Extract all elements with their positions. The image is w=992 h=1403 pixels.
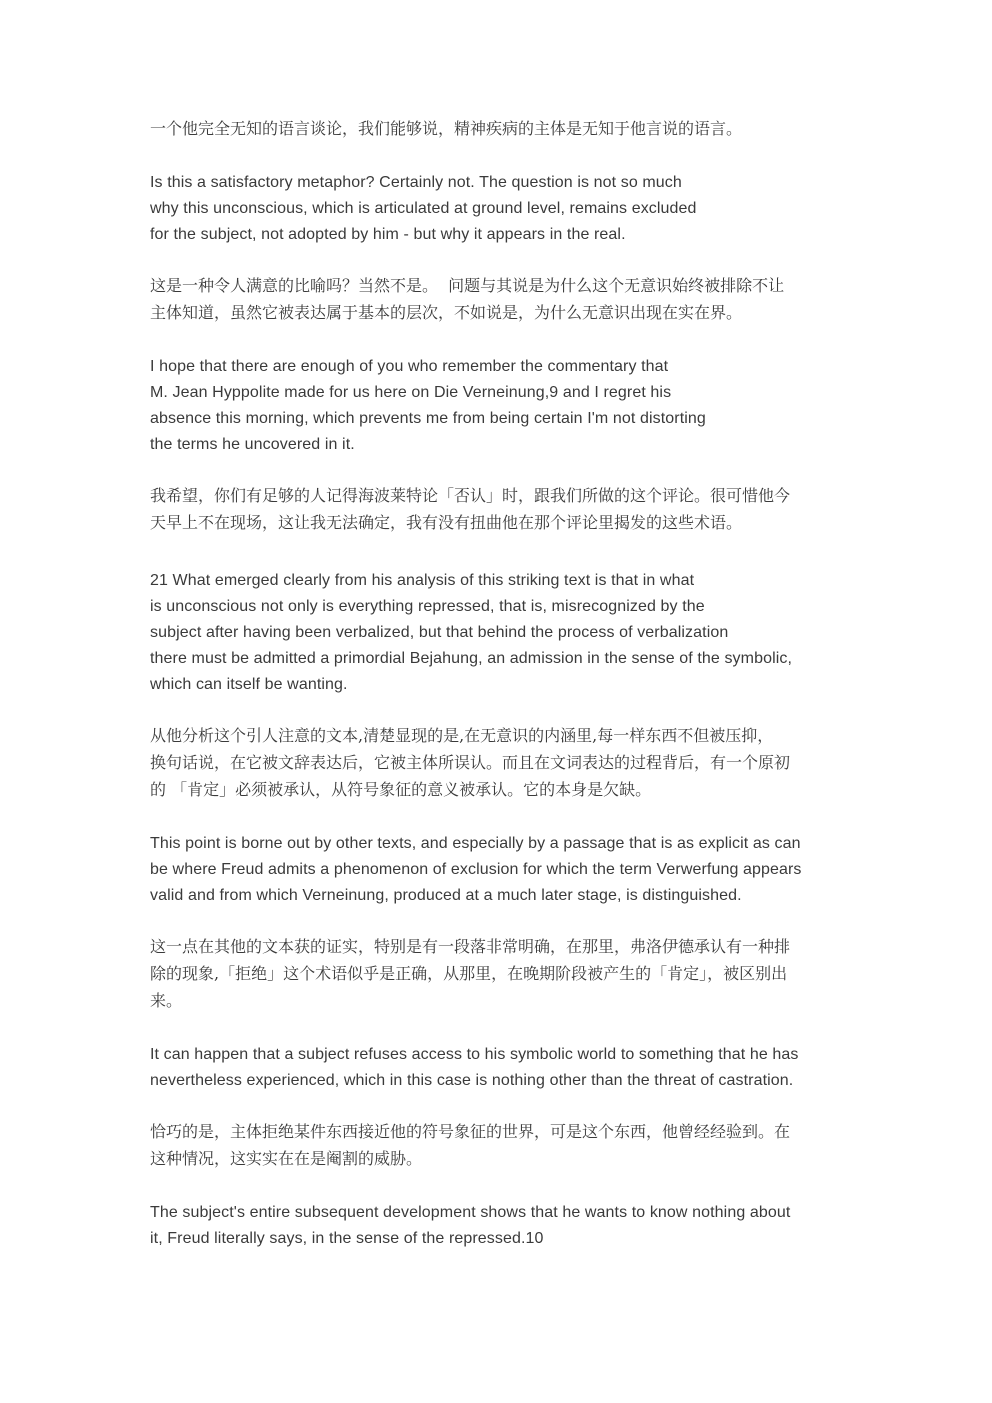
- paragraphs-container: 一个他完全无知的语言谈论，我们能够说，精神疾病的主体是无知于他言说的语言。Is …: [150, 115, 910, 1276]
- paragraph-en-4: I hope that there are enough of you who …: [150, 354, 910, 458]
- paragraph-zh-7: 从他分析这个引人注意的文本,清楚显现的是,在无意识的内涵里,每一样东西不但被压抑…: [150, 722, 910, 803]
- text-line: It can happen that a subject refuses acc…: [150, 1042, 910, 1068]
- text-line: 恰巧的是，主体拒绝某件东西接近他的符号象征的世界，可是这个东西，他曾经经验到。在: [150, 1118, 910, 1145]
- text-line: for the subject, not adopted by him - bu…: [150, 222, 910, 248]
- text-line: 天早上不在现场，这让我无法确定，我有没有扭曲他在那个评论里揭发的这些术语。: [150, 509, 910, 536]
- text-line: The subject's entire subsequent developm…: [150, 1200, 910, 1226]
- text-line: is unconscious not only is everything re…: [150, 594, 910, 620]
- text-line: nevertheless experienced, which in this …: [150, 1068, 910, 1094]
- text-line: 来。: [150, 987, 910, 1014]
- text-line: the terms he uncovered in it.: [150, 432, 910, 458]
- text-line: This point is borne out by other texts, …: [150, 831, 910, 857]
- text-line: 从他分析这个引人注意的文本,清楚显现的是,在无意识的内涵里,每一样东西不但被压抑…: [150, 722, 910, 749]
- text-line: it, Freud literally says, in the sense o…: [150, 1226, 910, 1252]
- paragraph-en-8: This point is borne out by other texts, …: [150, 831, 910, 909]
- paragraph-zh-3: 这是一种令人满意的比喻吗？当然不是。 问题与其说是为什么这个无意识始终被排除不让…: [150, 272, 910, 326]
- text-line: absence this morning, which prevents me …: [150, 406, 910, 432]
- text-line: which can itself be wanting.: [150, 672, 910, 698]
- text-line: 这一点在其他的文本获的证实，特别是有一段落非常明确，在那里，弗洛伊德承认有一种排: [150, 933, 910, 960]
- paragraph-zh-1: 一个他完全无知的语言谈论，我们能够说，精神疾病的主体是无知于他言说的语言。: [150, 115, 910, 142]
- paragraph-en-12: The subject's entire subsequent developm…: [150, 1200, 910, 1252]
- paragraph-en-6: 21 What emerged clearly from his analysi…: [150, 568, 910, 698]
- text-line: be where Freud admits a phenomenon of ex…: [150, 857, 910, 883]
- text-line: Is this a satisfactory metaphor? Certain…: [150, 170, 910, 196]
- document-page: 一个他完全无知的语言谈论，我们能够说，精神疾病的主体是无知于他言说的语言。Is …: [0, 0, 992, 1403]
- text-line: 的 「肯定」必须被承认，从符号象征的意义被承认。它的本身是欠缺。: [150, 776, 910, 803]
- text-line: why this unconscious, which is articulat…: [150, 196, 910, 222]
- text-line: 主体知道，虽然它被表达属于基本的层次，不如说是，为什么无意识出现在实在界。: [150, 299, 910, 326]
- text-line: 换句话说，在它被文辞表达后，它被主体所误认。而且在文词表达的过程背后，有一个原初: [150, 749, 910, 776]
- text-line: 这是一种令人满意的比喻吗？当然不是。 问题与其说是为什么这个无意识始终被排除不让: [150, 272, 910, 299]
- text-line: I hope that there are enough of you who …: [150, 354, 910, 380]
- text-line: 一个他完全无知的语言谈论，我们能够说，精神疾病的主体是无知于他言说的语言。: [150, 115, 910, 142]
- text-line: 这种情况，这实实在在是阉割的威胁。: [150, 1145, 910, 1172]
- text-line: valid and from which Verneinung, produce…: [150, 883, 910, 909]
- paragraph-en-10: It can happen that a subject refuses acc…: [150, 1042, 910, 1094]
- text-line: there must be admitted a primordial Beja…: [150, 646, 910, 672]
- paragraph-zh-11: 恰巧的是，主体拒绝某件东西接近他的符号象征的世界，可是这个东西，他曾经经验到。在…: [150, 1118, 910, 1172]
- text-line: 除的现象,「拒绝」这个术语似乎是正确，从那里，在晚期阶段被产生的「肯定」，被区别…: [150, 960, 910, 987]
- text-line: subject after having been verbalized, bu…: [150, 620, 910, 646]
- text-line: 我希望，你们有足够的人记得海波莱特论「否认」时，跟我们所做的这个评论。很可惜他今: [150, 482, 910, 509]
- paragraph-en-2: Is this a satisfactory metaphor? Certain…: [150, 170, 910, 248]
- paragraph-zh-5: 我希望，你们有足够的人记得海波莱特论「否认」时，跟我们所做的这个评论。很可惜他今…: [150, 482, 910, 536]
- paragraph-zh-9: 这一点在其他的文本获的证实，特别是有一段落非常明确，在那里，弗洛伊德承认有一种排…: [150, 933, 910, 1014]
- text-line: M. Jean Hyppolite made for us here on Di…: [150, 380, 910, 406]
- text-line: 21 What emerged clearly from his analysi…: [150, 568, 910, 594]
